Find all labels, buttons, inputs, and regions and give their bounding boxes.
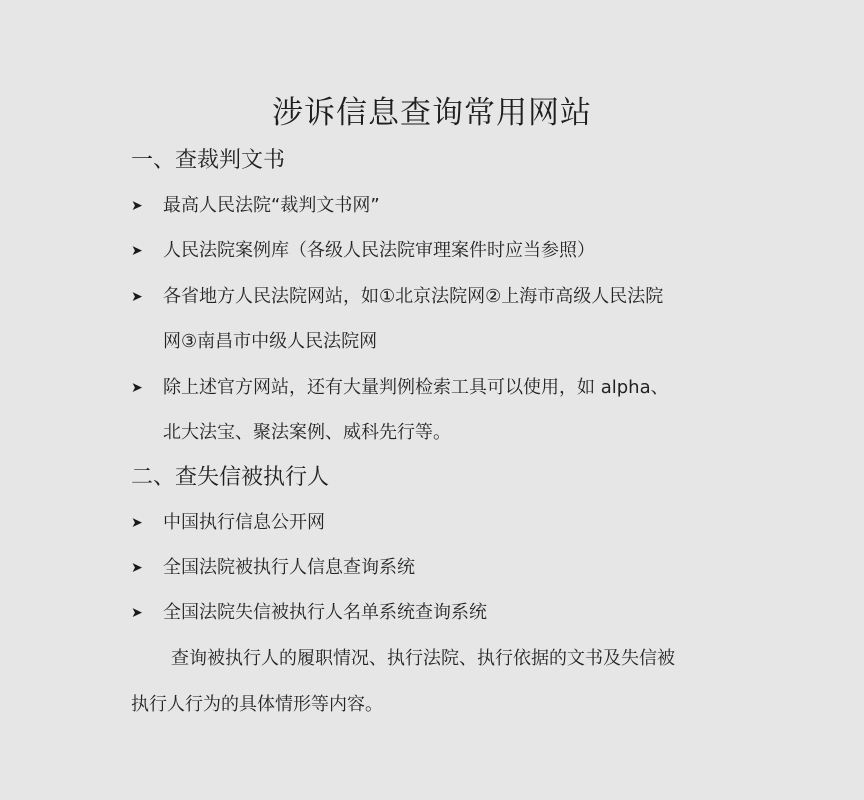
arrow-bullet-icon: ➤ [131,193,163,219]
section-heading-dishonest-debtors: 二、查失信被执行人 [131,463,329,493]
list-item-continuation: 北大法宝、聚法案例、威科先行等。 [163,420,451,446]
list-item-text: 全国法院被执行人信息查询系统 [163,555,415,581]
list-item: ➤ 人民法院案例库（各级人民法院审理案件时应当参照） [131,238,595,264]
arrow-bullet-icon: ➤ [131,600,163,626]
list-item-continuation: 网③南昌市中级人民法院网 [163,329,377,355]
arrow-bullet-icon: ➤ [131,238,163,264]
list-item: ➤ 各省地方人民法院网站，如①北京法院网②上海市高级人民法院 [131,284,663,310]
list-item: ➤ 最高人民法院“裁判文书网” [131,193,380,219]
list-item: ➤ 全国法院失信被执行人名单系统查询系统 [131,600,487,626]
arrow-bullet-icon: ➤ [131,284,163,310]
list-item-text: 各省地方人民法院网站，如①北京法院网②上海市高级人民法院 [163,284,663,310]
page-title: 涉诉信息查询常用网站 [0,93,864,133]
paragraph-line: 查询被执行人的履职情况、执行法院、执行依据的文书及失信被 [171,646,675,672]
list-item-text: 人民法院案例库（各级人民法院审理案件时应当参照） [163,238,595,264]
section-heading-judgments: 一、查裁判文书 [131,146,285,176]
paragraph-line: 执行人行为的具体情形等内容。 [131,692,383,718]
list-item-text: 中国执行信息公开网 [163,510,325,536]
arrow-bullet-icon: ➤ [131,555,163,581]
list-item-text: 全国法院失信被执行人名单系统查询系统 [163,600,487,626]
document-page: 涉诉信息查询常用网站 一、查裁判文书 ➤ 最高人民法院“裁判文书网” ➤ 人民法… [0,0,864,800]
list-item-text: 除上述官方网站，还有大量判例检索工具可以使用，如 alpha、 [163,375,669,401]
list-item: ➤ 除上述官方网站，还有大量判例检索工具可以使用，如 alpha、 [131,375,669,401]
arrow-bullet-icon: ➤ [131,510,163,536]
list-item: ➤ 全国法院被执行人信息查询系统 [131,555,415,581]
list-item-text: 最高人民法院“裁判文书网” [163,193,380,219]
arrow-bullet-icon: ➤ [131,375,163,401]
list-item: ➤ 中国执行信息公开网 [131,510,325,536]
